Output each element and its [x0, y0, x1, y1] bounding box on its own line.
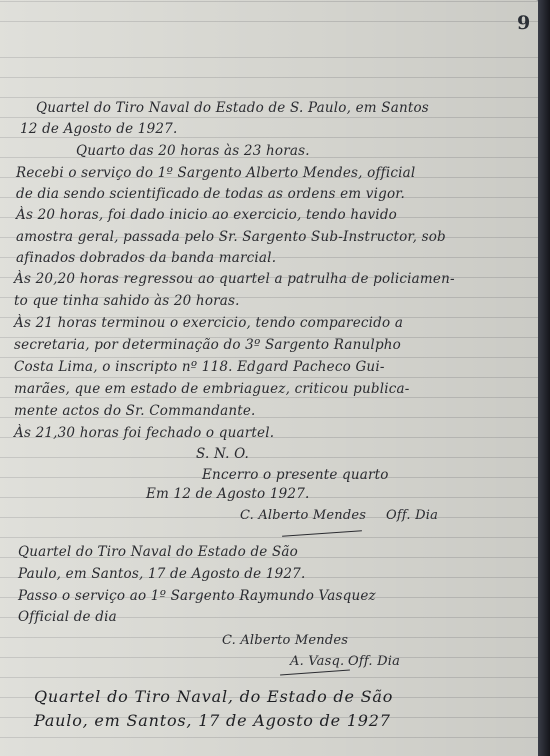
signature-flourish: [282, 530, 362, 537]
entry-1-subheading: Quarto das 20 horas às 23 horas.: [76, 143, 310, 159]
entry-1-body-line: Às 20,20 horas regressou ao quartel a pa…: [14, 271, 455, 287]
entry-2-signature-2: A. Vasq.: [290, 654, 344, 669]
entry-1-heading-line-2: 12 de Agosto de 1927.: [20, 121, 177, 137]
entry-2-body-line-2: Official de dia: [18, 609, 117, 625]
book-binding-shadow: [538, 0, 550, 756]
entry-1-body-line: Às 21 horas terminou o exercicio, tendo …: [14, 315, 403, 331]
entry-1-body-line: amostra geral, passada pelo Sr. Sargento…: [16, 229, 446, 245]
entry-2-heading-line-2: Paulo, em Santos, 17 de Agosto de 1927.: [18, 566, 305, 582]
entry-3-heading-line-1: Quartel do Tiro Naval, do Estado de São: [34, 687, 393, 706]
entry-1-abbreviation: S. N. O.: [196, 446, 249, 462]
entry-1-body-line: Costa Lima, o inscripto nº 118. Edgard P…: [14, 359, 385, 375]
page-number: 9: [517, 12, 530, 34]
entry-2-heading-line-1: Quartel do Tiro Naval do Estado de São: [18, 544, 298, 560]
entry-1-body-line: afinados dobrados da banda marcial.: [16, 250, 276, 266]
entry-1-body-line: secretaria, por determinação do 3º Sarge…: [14, 337, 401, 353]
entry-1-heading-line-1: Quartel do Tiro Naval do Estado de S. Pa…: [36, 100, 429, 116]
signature-flourish: [280, 670, 350, 676]
ledger-page: 9 Quartel do Tiro Naval do Estado de S. …: [0, 0, 540, 756]
entry-1-signature-title: Off. Dia: [386, 508, 438, 523]
entry-1-body-line: de dia sendo scientificado de todas as o…: [16, 186, 405, 202]
entry-1-closing-line-1: Encerro o presente quarto: [202, 467, 389, 483]
entry-2-body-line-1: Passo o serviço ao 1º Sargento Raymundo …: [18, 588, 376, 604]
entry-1-closing-line-2: Em 12 de Agosto 1927.: [146, 486, 309, 502]
entry-2-signature-1: C. Alberto Mendes: [222, 633, 348, 648]
entry-1-signature: C. Alberto Mendes: [240, 508, 366, 523]
entry-1-body-line: marães, que em estado de embriaguez, cri…: [14, 381, 410, 397]
entry-3-heading-line-2: Paulo, em Santos, 17 de Agosto de 1927: [34, 711, 391, 730]
entry-2-signature-2-title: Off. Dia: [348, 654, 400, 669]
entry-1-body-line: Às 20 horas, foi dado inicio ao exercici…: [16, 207, 397, 223]
entry-1-body-line: mente actos do Sr. Commandante.: [14, 403, 256, 419]
entry-1-body-line: to que tinha sahido às 20 horas.: [14, 293, 240, 309]
entry-1-body-line: Às 21,30 horas foi fechado o quartel.: [14, 425, 274, 441]
entry-1-body-line: Recebi o serviço do 1º Sargento Alberto …: [16, 165, 415, 181]
